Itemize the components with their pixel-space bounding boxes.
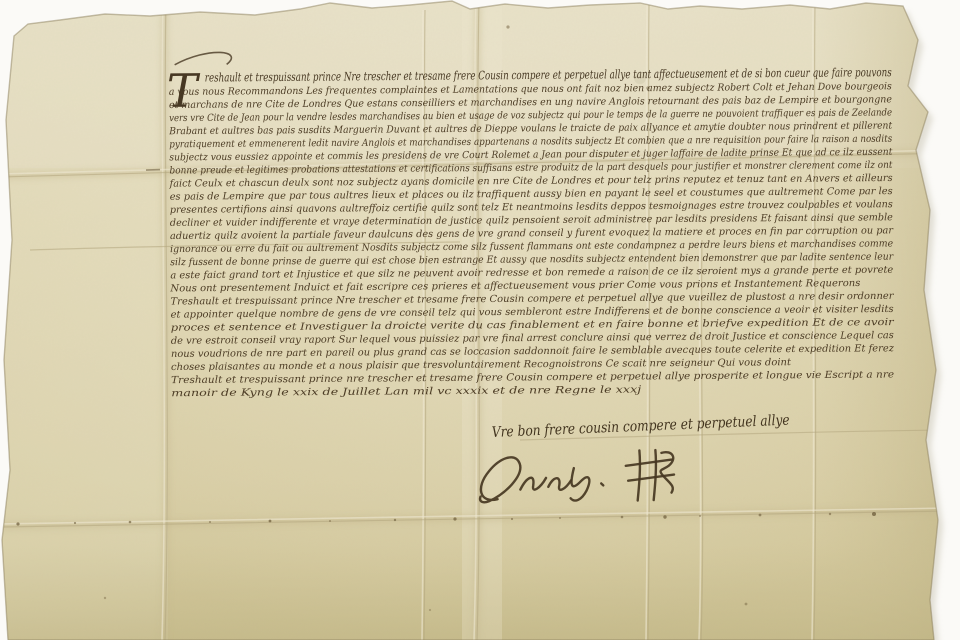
- manuscript-photo: T reshault et trespuissant prince Nre tr…: [0, 0, 960, 640]
- manuscript-canvas: T reshault et trespuissant prince Nre tr…: [0, 0, 960, 640]
